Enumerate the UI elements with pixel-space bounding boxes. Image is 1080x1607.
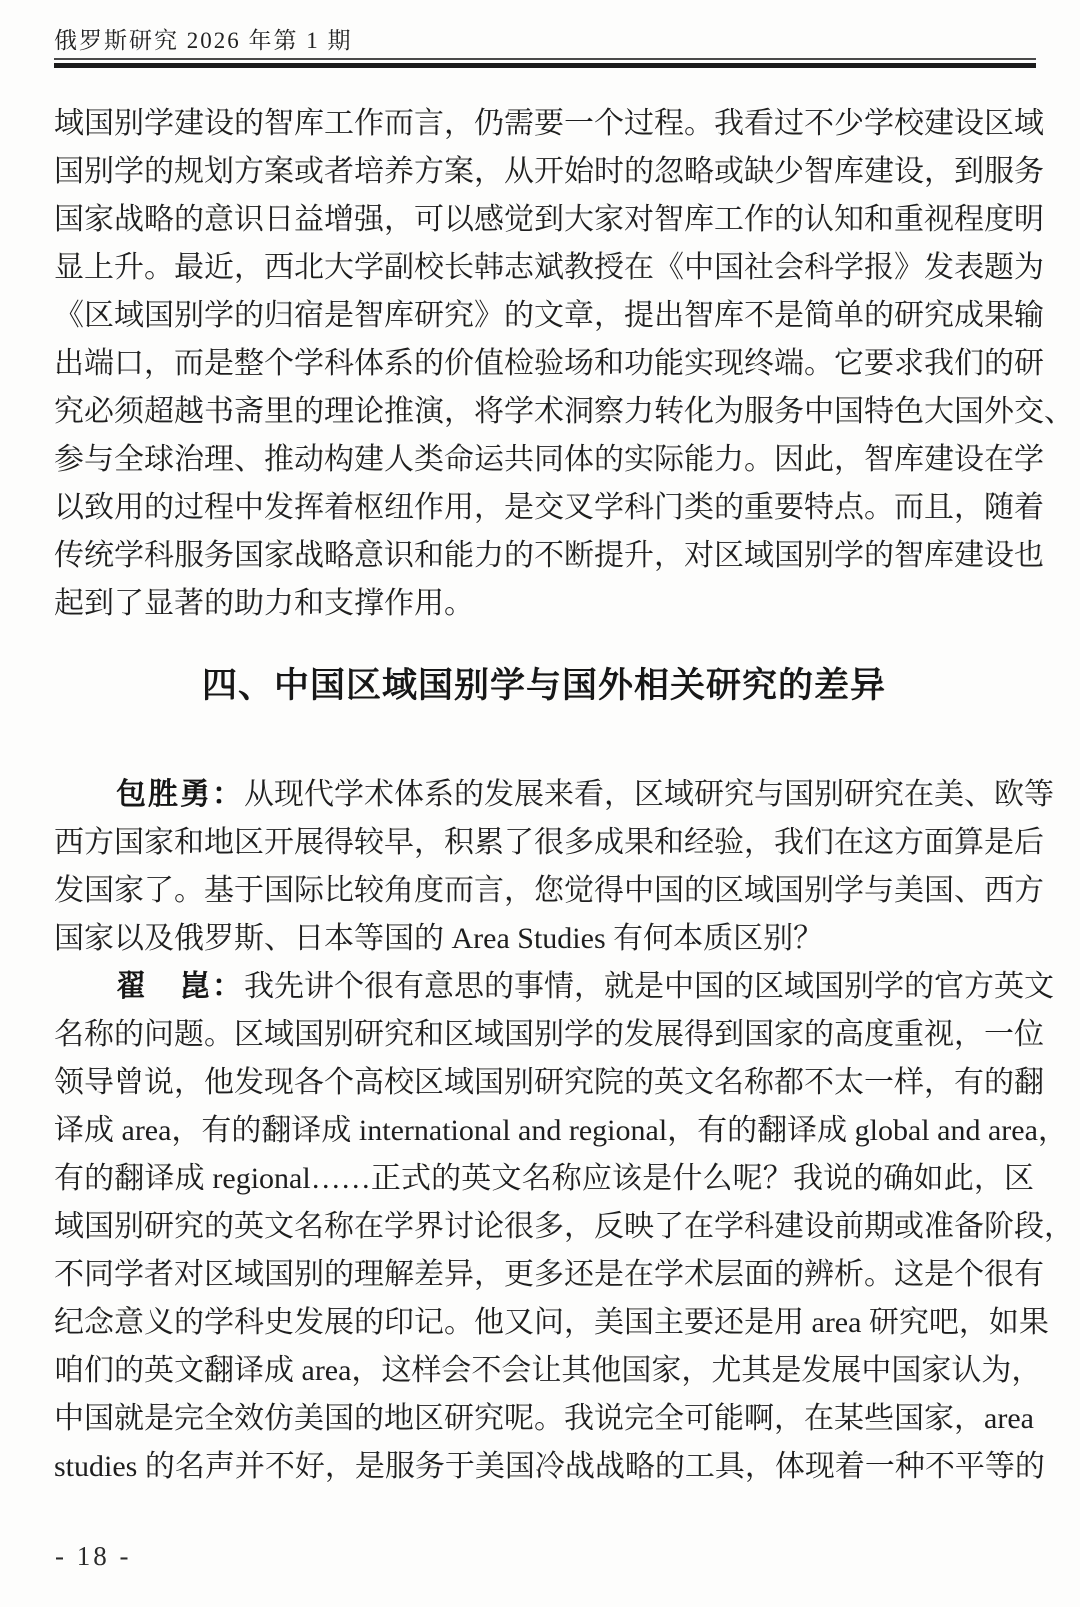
text-line: 参与全球治理、推动构建人类命运共同体的实际能力。因此，智库建设在学	[54, 436, 1034, 484]
text-line: 究必须超越书斋里的理论推演，将学术洞察力转化为服务中国特色大国外交、	[54, 388, 1034, 436]
text-line: 西方国家和地区开展得较早，积累了很多成果和经验，我们在这方面算是后	[54, 819, 1034, 867]
text-line: 显上升。最近，西北大学副校长韩志斌教授在《中国社会科学报》发表题为	[54, 244, 1034, 292]
page-number: - 18 -	[55, 1541, 131, 1572]
header-rule-thin	[54, 58, 1036, 60]
speaker-name: 包胜勇：	[116, 778, 244, 811]
journal-page: 俄罗斯研究 2026 年第 1 期 域国别学建设的智库工作而言，仍需要一个过程。…	[0, 0, 1080, 1607]
text-line: 有的翻译成 regional……正式的英文名称应该是什么呢？我说的确如此，区	[54, 1155, 1034, 1203]
paragraph-continuation: 域国别学建设的智库工作而言，仍需要一个过程。我看过不少学校建设区域 国别学的规划…	[54, 100, 1034, 628]
speaker-name: 翟 崑：	[116, 970, 244, 1003]
text-line: 领导曾说，他发现各个高校区域国别研究院的英文名称都不太一样，有的翻	[54, 1059, 1034, 1107]
page-body: 域国别学建设的智库工作而言，仍需要一个过程。我看过不少学校建设区域 国别学的规划…	[54, 100, 1034, 1491]
text-line: 发国家了。基于国际比较角度而言，您觉得中国的区域国别学与美国、西方	[54, 867, 1034, 915]
text-line: 域国别学建设的智库工作而言，仍需要一个过程。我看过不少学校建设区域	[54, 100, 1034, 148]
dialog-line: 翟 崑：我先讲个很有意思的事情，就是中国的区域国别学的官方英文	[54, 963, 1034, 1011]
text-line: 国家以及俄罗斯、日本等国的 Area Studies 有何本质区别？	[54, 915, 1034, 963]
text-line: 纪念意义的学科史发展的印记。他又问，美国主要还是用 area 研究吧，如果	[54, 1299, 1034, 1347]
text-line: 域国别研究的英文名称在学界讨论很多，反映了在学科建设前期或准备阶段，	[54, 1203, 1034, 1251]
dialog-paragraph-zhai: 翟 崑：我先讲个很有意思的事情，就是中国的区域国别学的官方英文 名称的问题。区域…	[54, 963, 1034, 1491]
page-header: 俄罗斯研究 2026 年第 1 期	[54, 26, 1036, 68]
header-rule	[54, 58, 1036, 68]
dialog-text: 我先讲个很有意思的事情，就是中国的区域国别学的官方英文	[244, 970, 1054, 1003]
header-rule-thick	[54, 63, 1036, 68]
text-line: 国家战略的意识日益增强，可以感觉到大家对智库工作的认知和重视程度明	[54, 196, 1034, 244]
text-line: 名称的问题。区域国别研究和区域国别学的发展得到国家的高度重视，一位	[54, 1011, 1034, 1059]
text-line: 《区域国别学的归宿是智库研究》的文章，提出智库不是简单的研究成果输	[54, 292, 1034, 340]
text-line: 不同学者对区域国别的理解差异，更多还是在学术层面的辨析。这是个很有	[54, 1251, 1034, 1299]
text-line: 出端口，而是整个学科体系的价值检验场和功能实现终端。它要求我们的研	[54, 340, 1034, 388]
text-line: 国别学的规划方案或者培养方案，从开始时的忽略或缺少智库建设，到服务	[54, 148, 1034, 196]
text-line: 咱们的英文翻译成 area，这样会不会让其他国家，尤其是发展中国家认为，	[54, 1347, 1034, 1395]
section-heading: 四、中国区域国别学与国外相关研究的差异	[54, 662, 1034, 710]
text-line: 起到了显著的助力和支撑作用。	[54, 580, 1034, 628]
text-line: 以致用的过程中发挥着枢纽作用，是交叉学科门类的重要特点。而且，随着	[54, 484, 1034, 532]
dialog-line: 包胜勇：从现代学术体系的发展来看，区域研究与国别研究在美、欧等	[54, 771, 1034, 819]
text-line: 传统学科服务国家战略意识和能力的不断提升，对区域国别学的智库建设也	[54, 532, 1034, 580]
dialog-paragraph-bao: 包胜勇：从现代学术体系的发展来看，区域研究与国别研究在美、欧等 西方国家和地区开…	[54, 771, 1034, 963]
journal-issue-title: 俄罗斯研究 2026 年第 1 期	[54, 26, 1036, 56]
text-line: 中国就是完全效仿美国的地区研究呢。我说完全可能啊，在某些国家，area	[54, 1395, 1034, 1443]
text-line: 译成 area，有的翻译成 international and regional…	[54, 1107, 1034, 1155]
text-line: studies 的名声并不好，是服务于美国冷战战略的工具，体现着一种不平等的	[54, 1443, 1034, 1491]
dialog-text: 从现代学术体系的发展来看，区域研究与国别研究在美、欧等	[244, 778, 1054, 811]
